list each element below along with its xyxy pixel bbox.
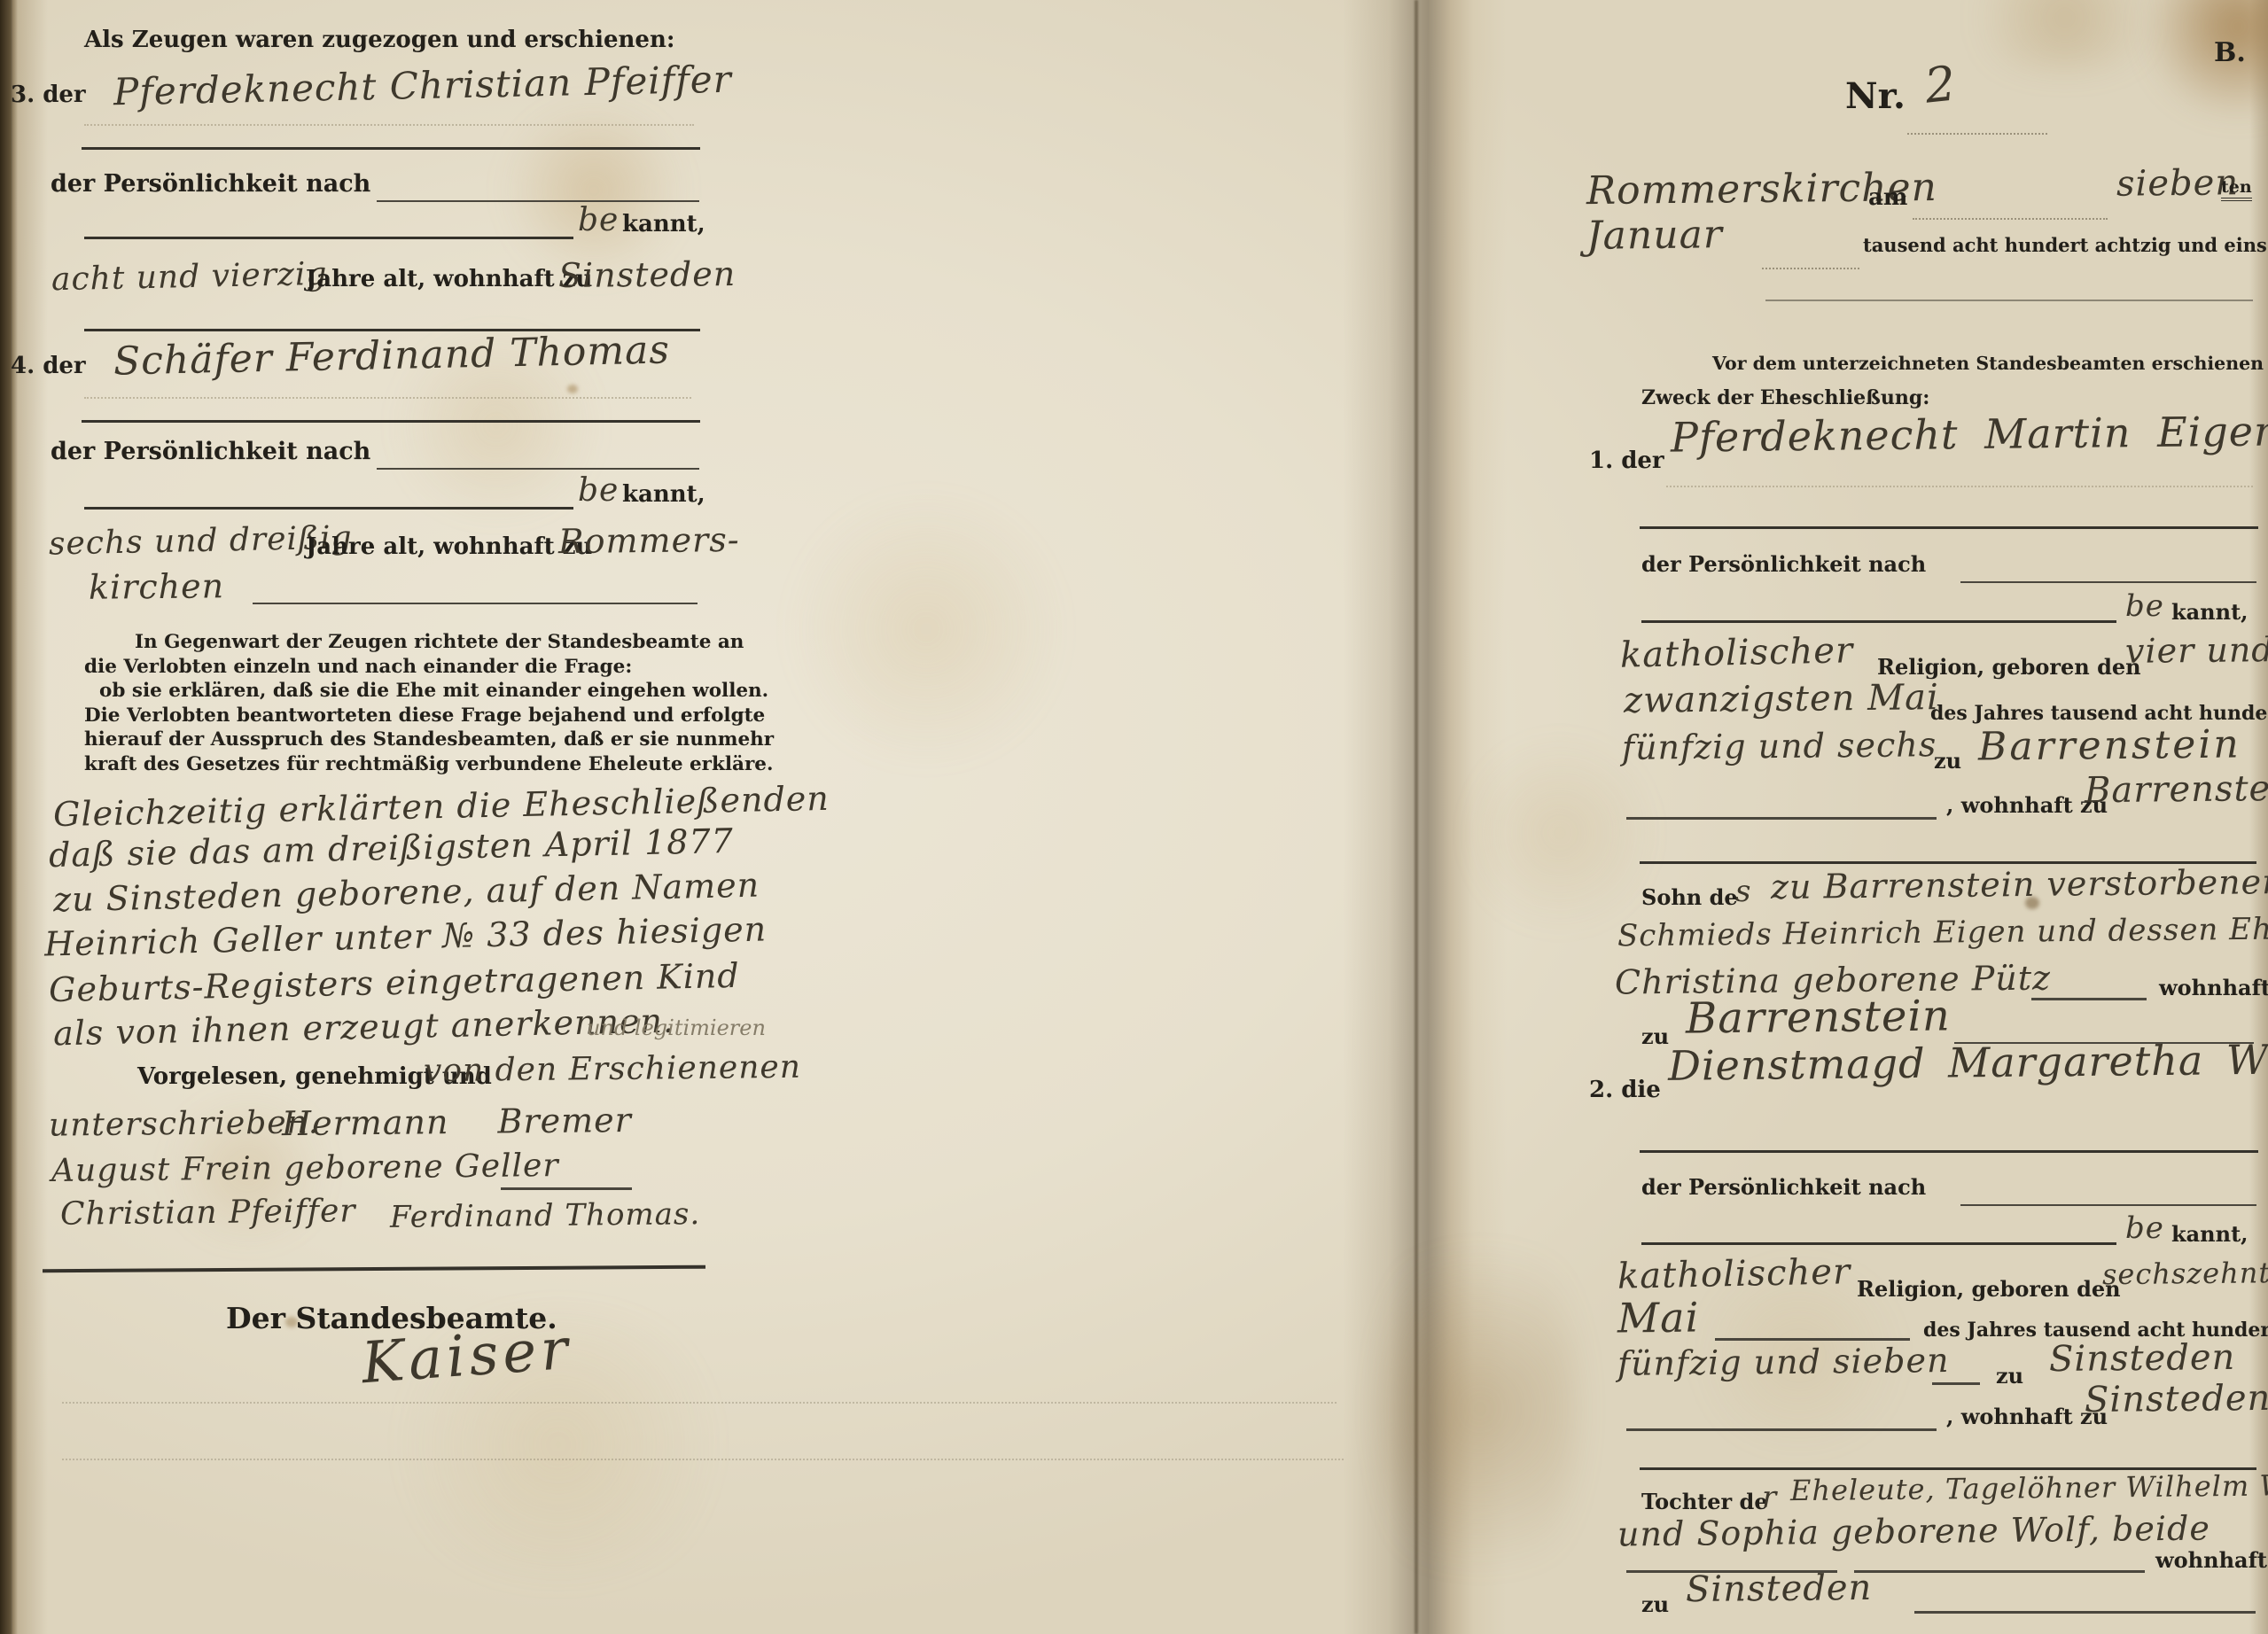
witness4-residence-2: kirchen — [89, 566, 225, 607]
groom-religion: katholischer — [1620, 630, 1854, 675]
bride-birth-month: Mai — [1617, 1294, 1700, 1342]
fill-line — [1960, 1204, 2256, 1206]
zu-label-groom-birth: zu — [1934, 748, 1961, 774]
sohn-des-suffix: s — [1735, 874, 1751, 909]
fill-line — [1960, 581, 2256, 583]
intro-line-2: Zweck der Eheschließung: — [1641, 386, 1929, 409]
persoenlichkeit-label-bride: der Persönlichkeit nach — [1641, 1174, 1926, 1200]
bride-birth-year: fünfzig und sieben — [1617, 1341, 1950, 1383]
kannt-label-w4: kannt, — [622, 481, 705, 508]
zu-label-bride-birth: zu — [1996, 1363, 2023, 1389]
kannt-label-bride: kannt, — [2171, 1221, 2249, 1247]
statement-line-2: die Verlobten einzeln und nach einander … — [84, 656, 632, 678]
fill-line — [1715, 1338, 1910, 1341]
rule — [84, 237, 573, 239]
statement-line-1: In Gegenwart der Zeugen richtete der Sta… — [135, 631, 744, 653]
signature-august-frein: August Frein geborene Geller — [51, 1148, 559, 1189]
bride-birth-place: Sinsteden — [2049, 1337, 2236, 1380]
witness3-number: 3. der — [11, 82, 86, 108]
fill-line — [377, 468, 699, 470]
stain-left-1 — [496, 106, 691, 275]
signature-christian-pfeiffer: Christian Pfeiffer — [60, 1193, 356, 1232]
wohnhaft-zu-label-bride: , wohnhaft zu — [1946, 1404, 2108, 1429]
rule — [1640, 526, 2258, 529]
be-hw-bride: be — [2125, 1210, 2164, 1246]
speck-2 — [567, 385, 578, 393]
fill-line — [501, 1187, 632, 1190]
dotted-fill — [1762, 268, 1859, 269]
guide-line — [84, 124, 694, 126]
day-suffix-label: ten — [2221, 177, 2252, 201]
groom-parents-line-2: Schmieds Heinrich Eigen und dessen Ehefr… — [1617, 911, 2268, 954]
witness4-residence-1: Rommers- — [558, 520, 740, 561]
wohnhaft-label-bride-parents: wohnhaft — [2155, 1547, 2267, 1573]
zu-label-groom-parents: zu — [1641, 1023, 1669, 1049]
guide-line — [1666, 486, 2253, 487]
witness4-number: 4. der — [11, 353, 86, 379]
bride-parents-line-2: und Sophia geborene Wolf, beide — [1617, 1508, 2210, 1553]
groom-birth-day-2: zwanzigsten Mai — [1624, 677, 1939, 721]
stain-left-3 — [780, 496, 1072, 762]
groom-parents-line-1: zu Barrenstein verstorbenen — [1771, 862, 2268, 906]
dotted-guide — [62, 1459, 1344, 1460]
statement-line-6: kraft des Gesetzes für rechtmäßig verbun… — [84, 753, 773, 775]
zu-label-bride-parents: zu — [1641, 1591, 1669, 1617]
persoenlichkeit-label-w4: der Persönlichkeit nach — [51, 438, 370, 465]
fill-line — [253, 603, 698, 604]
am-label: am — [1868, 184, 1907, 211]
witness3-age: acht und vierzig — [51, 256, 328, 299]
jahre-alt-label-w3: Jahre alt, wohnhaft zu — [306, 266, 592, 292]
rule — [1640, 1150, 2258, 1153]
bride-number: 2. die — [1589, 1077, 1661, 1103]
fill-line — [377, 200, 699, 202]
signature-ferdinand-thomas: Ferdinand Thomas. — [390, 1196, 701, 1235]
groom-residence: Barrenstein — [2085, 768, 2268, 812]
tochter-der-suffix: r — [1762, 1480, 1777, 1515]
fill-line — [1626, 1428, 1937, 1431]
persoenlichkeit-label-groom: der Persönlichkeit nach — [1641, 551, 1926, 577]
bride-parents-line-1: Eheleute, Tagelöhner Wilhelm Wolf — [1790, 1468, 2268, 1507]
hw-paragraph-addendum: und legitimieren — [587, 1015, 766, 1040]
book-left-band — [12, 0, 48, 1634]
be-hw-w3: be — [578, 202, 619, 238]
register-scan: Als Zeugen waren zugezogen und erschiene… — [0, 0, 2268, 1634]
vorgelesen-hw: von den Erschienenen — [424, 1049, 801, 1089]
bride-residence: Sinsteden — [2085, 1378, 2268, 1420]
kannt-label-groom: kannt, — [2171, 599, 2249, 625]
sohn-des-label: Sohn de — [1641, 884, 1738, 910]
wohnhaft-label-groom-parents: wohnhaft — [2159, 975, 2268, 1000]
statement-line-4: Die Verlobten beantworteten diese Frage … — [84, 704, 765, 727]
rule — [82, 420, 700, 423]
persoenlichkeit-label-w3: der Persönlichkeit nach — [51, 170, 370, 198]
bride-name: Dienstmagd Margaretha Wolf — [1668, 1035, 2268, 1090]
rule — [1641, 620, 2116, 623]
groom-birth-day-1: vier und — [2125, 630, 2268, 671]
witness-header: Als Zeugen waren zugezogen und erschiene… — [84, 27, 674, 53]
rule — [82, 147, 700, 150]
signature-unterschrieben: unterschrieben. — [49, 1104, 320, 1143]
bride-birth-day: sechszehnten — [2102, 1256, 2268, 1291]
fill-line — [1765, 300, 2253, 301]
witness3-name: Pferdeknecht Christian Pfeiffer — [113, 58, 733, 114]
be-hw-groom: be — [2125, 588, 2164, 624]
signature-hermann-bremer: Hermann Bremer — [282, 1101, 632, 1143]
bride-religion: katholischer — [1617, 1251, 1851, 1296]
wohnhaft-zu-label-groom: , wohnhaft zu — [1946, 792, 2108, 818]
rule — [1641, 1242, 2116, 1245]
year-label: tausend acht hundert achtzig und eins. — [1863, 234, 2268, 256]
guide-line — [84, 397, 691, 399]
fill-line — [1854, 1570, 2145, 1573]
fill-line — [1914, 1611, 2256, 1614]
jahre-alt-label-w4: Jahre alt, wohnhaft zu — [306, 533, 592, 560]
tochter-der-label: Tochter de — [1641, 1489, 1768, 1514]
month-entry: Januar — [1586, 212, 1723, 259]
religion-label-bride: Religion, geboren den — [1857, 1276, 2121, 1302]
corner-letter: B. — [2214, 37, 2246, 68]
stain-gutter-bottom — [1383, 1196, 1578, 1622]
closing-rule — [43, 1265, 705, 1273]
religion-label-groom: Religion, geboren den — [1877, 654, 2141, 680]
statement-line-3: ob sie erklären, daß sie die Ehe mit ein… — [99, 680, 768, 702]
groom-number: 1. der — [1589, 447, 1664, 474]
groom-birth-year: fünfzig und sechs — [1622, 725, 1937, 767]
fill-line — [1932, 1382, 1980, 1385]
be-hw-w4: be — [578, 472, 619, 509]
intro-line-1: Vor dem unterzeichneten Standesbeamten e… — [1712, 353, 2268, 374]
fill-line — [1626, 817, 1937, 820]
kannt-label-w3: kannt, — [622, 211, 705, 237]
groom-name: Pferdeknecht Martin Eigen — [1671, 407, 2268, 461]
statement-line-5: hierauf der Ausspruch des Standesbeamten… — [84, 728, 774, 751]
hw-paragraph-line-4: Heinrich Geller unter № 33 des hiesigen — [44, 909, 768, 963]
dotted-fill — [1907, 133, 2047, 135]
dotted-fill — [1913, 218, 2108, 220]
bride-parents-residence: Sinsteden — [1686, 1568, 1873, 1610]
groom-birth-place: Barrenstein — [1978, 721, 2241, 769]
hw-paragraph-line-6: als von ihnen erzeugt anerkennen. — [53, 1001, 675, 1054]
witness3-residence: Sinsteden — [558, 254, 737, 295]
record-number-label: Nr. — [1845, 75, 1906, 117]
dotted-guide — [62, 1402, 1337, 1404]
record-number-value: 2 — [1922, 55, 1960, 113]
groom-parents-residence: Barrenstein — [1686, 991, 1951, 1043]
fill-line — [2031, 998, 2147, 1000]
rule — [84, 507, 573, 510]
